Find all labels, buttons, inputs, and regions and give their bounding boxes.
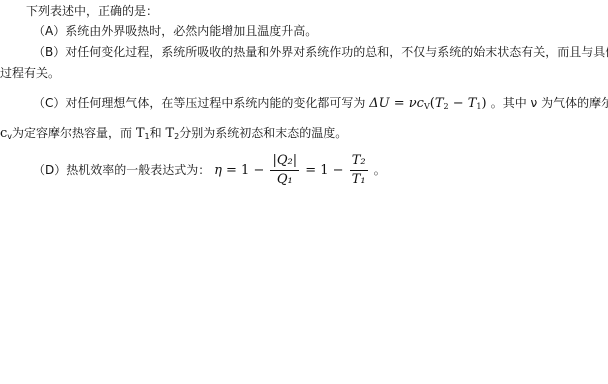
- option-d-formula: η = 1 − |Q₂|Q₁ = 1 − T₂T₁: [214, 163, 374, 178]
- option-c-label: （C）: [33, 96, 65, 110]
- option-b: （B）对任何变化过程，系统所吸收的热量和外界对系统作功的总和，不仅与系统的始末状…: [33, 44, 608, 60]
- option-c-text-post: 。其中 ν 为气体的摩尔数，: [491, 96, 608, 110]
- option-a: （A）系统由外界吸热时，必然内能增加且温度升高。: [33, 23, 317, 39]
- option-b-continuation: 过程有关。: [0, 65, 60, 81]
- question-stem: 下列表述中，正确的是：: [26, 3, 158, 19]
- option-d-text: 热机效率的一般表达式为：: [66, 163, 210, 177]
- option-c-text: 对任何理想气体，在等压过程中系统内能的变化都可写为: [65, 96, 365, 110]
- option-a-label: （A）: [33, 24, 65, 38]
- option-a-text: 系统由外界吸热时，必然内能增加且温度升高。: [65, 24, 317, 38]
- option-b-text: 对任何变化过程，系统所吸收的热量和外界对系统作功的总和，不仅与系统的始末状态有关…: [65, 45, 608, 59]
- option-d-text-post: 。: [374, 163, 386, 177]
- option-c: （C）对任何理想气体，在等压过程中系统内能的变化都可写为 ΔU = νcV(T2…: [33, 95, 608, 115]
- option-d: （D）热机效率的一般表达式为： η = 1 − |Q₂|Q₁ = 1 − T₂T…: [33, 150, 386, 191]
- option-d-label: （D）: [33, 163, 66, 177]
- option-b-label: （B）: [33, 45, 65, 59]
- option-c-formula: ΔU = νcV(T2 − T1): [369, 96, 491, 111]
- option-c-continuation: cv为定容摩尔热容量，而 T1和 T2分别为系统初态和末态的温度。: [0, 125, 347, 145]
